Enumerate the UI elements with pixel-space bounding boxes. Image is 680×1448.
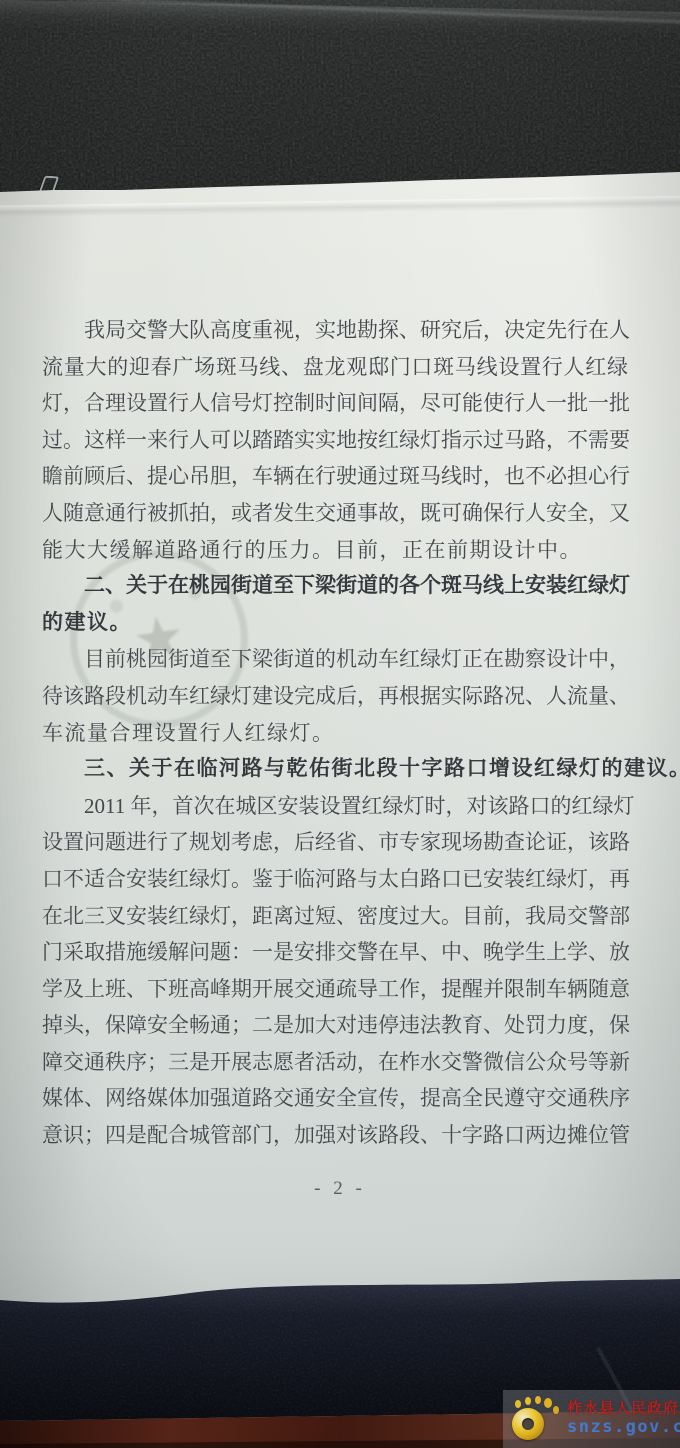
text-line: 我局交警大队高度重视，实地勘探、研究后，决定先行在人 — [42, 312, 628, 349]
watermark-site-url: snzs.gov.cn — [567, 1418, 680, 1438]
gov-watermark: 柞水县人民政府 snzs.gov.cn — [503, 1390, 680, 1448]
text-line: 三、关于在临河路与乾佑街北段十字路口增设红绿灯的建议。 — [42, 751, 628, 788]
text-line: 车流量合理设置行人红绿灯。 — [42, 715, 628, 752]
text-line: 门采取措施缓解问题：一是安排交警在早、中、晚学生上学、放 — [42, 934, 628, 971]
text-line: 过。这样一来行人可以踏踏实实地按红绿灯指示过马路，不需要 — [42, 422, 628, 459]
text-line: 掉头，保障安全畅通；二是加大对违停违法教育、处罚力度，保 — [42, 1007, 628, 1044]
text-line: 障交通秩序；三是开展志愿者活动，在柞水交警微信公众号等新 — [42, 1044, 628, 1081]
text-line: 流量大的迎春广场斑马线、盘龙观邸门口斑马线设置行人红绿 — [42, 349, 628, 386]
text-line: 二、关于在桃园街道至下梁街道的各个斑马线上安装红绿灯 — [42, 568, 628, 605]
text-line: 目前桃园街道至下梁街道的机动车红绿灯正在勘察设计中， — [42, 641, 628, 678]
text-line: 在北三叉安装红绿灯，距离过短、密度过大。目前，我局交警部 — [42, 898, 628, 935]
text-line: 学及上班、下班高峰期开展交通疏导工作，提醒并限制车辆随意 — [42, 971, 628, 1008]
text-line: 瞻前顾后、提心吊胆，车辆在行驶通过斑马线时，也不必担心行 — [42, 458, 628, 495]
foot-logo-toes — [515, 1400, 521, 1408]
text-line: 媒体、网络媒体加强道路交通安全宣传，提高全民遵守交通秩序 — [42, 1080, 628, 1117]
photo-of-document: { "document": { "lines": [ {"t": "我局交警大队… — [0, 0, 680, 1448]
text-line: 口不适合安装红绿灯。鉴于临河路与太白路口已安装红绿灯，再 — [42, 861, 628, 898]
foot-logo-hole — [522, 1418, 534, 1430]
page-number: - 2 - — [0, 1178, 680, 1200]
watermark-text: 柞水县人民政府 snzs.gov.cn — [567, 1401, 680, 1438]
paper-sheet: ★ 我局交警大队高度重视，实地勘探、研究后，决定先行在人流量大的迎春广场斑马线、… — [0, 0, 680, 1448]
text-line: 设置问题进行了规划考虑，后经省、市专家现场勘查论证，该路 — [42, 824, 628, 861]
foot-logo-icon — [509, 1394, 559, 1444]
text-line: 2011 年，首次在城区安装设置红绿灯时，对该路口的红绿灯 — [42, 788, 628, 825]
text-line: 人随意通行被抓拍，或者发生交通事故，既可确保行人安全，又 — [42, 495, 628, 532]
document-body-text: 我局交警大队高度重视，实地勘探、研究后，决定先行在人流量大的迎春广场斑马线、盘龙… — [42, 312, 628, 1154]
foot-logo-ring — [512, 1408, 544, 1440]
text-line: 意识；四是配合城管部门，加强对该路段、十字路口两边摊位管 — [42, 1117, 628, 1154]
watermark-site-name: 柞水县人民政府 — [567, 1401, 680, 1418]
text-line: 能大大缓解道路通行的压力。目前，正在前期设计中。 — [42, 532, 628, 569]
text-line: 灯，合理设置行人信号灯控制时间间隔，尽可能使行人一批一批 — [42, 385, 628, 422]
text-line: 待该路段机动车红绿灯建设完成后，再根据实际路况、人流量、 — [42, 678, 628, 715]
text-line: 的建议。 — [42, 605, 628, 642]
